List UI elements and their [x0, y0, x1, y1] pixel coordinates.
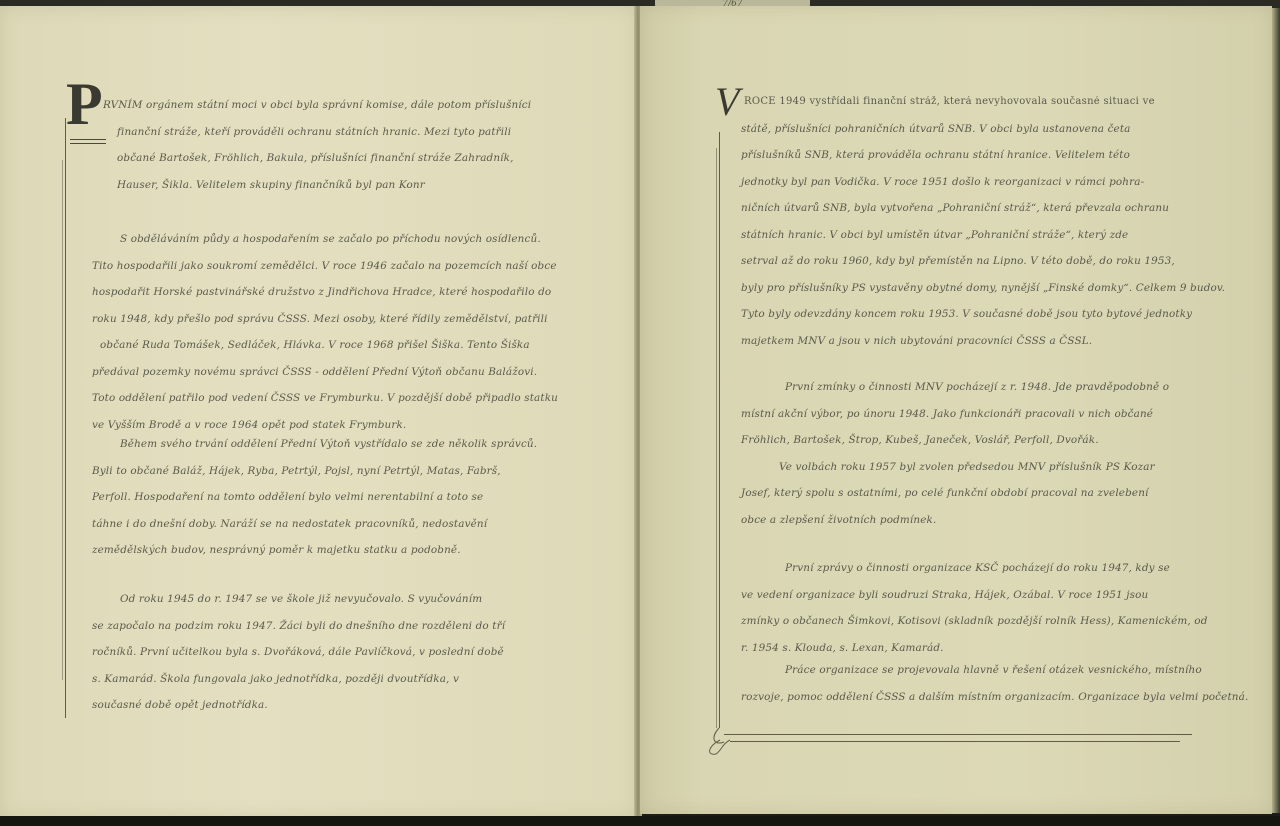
- corner-flourish-icon: [700, 720, 740, 760]
- scan-bottom-edge: [0, 816, 1280, 826]
- right-paragraph-1: ROCE 1949 vystřídali finanční stráž, kte…: [744, 89, 1224, 354]
- text-line: Od roku 1945 do r. 1947 se ve škole již …: [92, 586, 572, 613]
- text-line: Tito hospodařili jako soukromí zemědělci…: [92, 253, 572, 280]
- right-page-edge: [1272, 8, 1280, 813]
- text-line: RVNÍM orgánem státní moci v obci byla sp…: [103, 92, 573, 119]
- text-line: Josef, který spolu s ostatními, po celé …: [741, 480, 1221, 507]
- text-line: finanční stráže, kteří prováděli ochranu…: [103, 119, 573, 146]
- right-paragraph-4: Práce organizace se projevovala hlavně v…: [741, 657, 1221, 710]
- text-line: Hauser, Šikla. Velitelem skupiny finančn…: [103, 172, 573, 199]
- text-line: hospodařit Horské pastvinářské družstvo …: [92, 279, 572, 306]
- decorative-initial-v: V: [715, 82, 739, 122]
- text-line: Během svého trvání oddělení Přední Výtoň…: [92, 431, 572, 458]
- text-line: Byli to občané Baláž, Hájek, Ryba, Petrt…: [92, 458, 572, 485]
- right-margin-rule-outer: [719, 132, 720, 728]
- decorative-initial-p: P: [66, 74, 103, 134]
- text-line: současné době opět jednotřídka.: [92, 692, 572, 719]
- text-line: Toto oddělení patřilo pod vedení ČSSS ve…: [92, 385, 572, 412]
- text-line: ničních útvarů SNB, byla vytvořena „Pohr…: [741, 195, 1224, 222]
- text-line: setrval až do roku 1960, kdy byl přemíst…: [741, 248, 1224, 275]
- text-line: Tyto byly odevzdány koncem roku 1953. V …: [741, 301, 1224, 328]
- bottom-border-rule-upper: [724, 734, 1192, 735]
- left-margin-rule: [65, 118, 66, 718]
- text-line: První zprávy o činnosti organizace KSČ p…: [741, 555, 1221, 582]
- left-paragraph-1: RVNÍM orgánem státní moci v obci byla sp…: [103, 92, 573, 198]
- text-line: státě, příslušníci pohraničních útvarů S…: [741, 116, 1224, 143]
- text-line: Perfoll. Hospodaření na tomto oddělení b…: [92, 484, 572, 511]
- text-line: ve vedení organizace byli soudruzi Strak…: [741, 582, 1221, 609]
- text-line: místní akční výbor, po únoru 1948. Jako …: [741, 401, 1221, 428]
- text-line: Fröhlich, Bartošek, Štrop, Kubeš, Janeče…: [741, 427, 1221, 454]
- bottom-border-rule-lower: [730, 741, 1180, 742]
- text-line: příslušníků SNB, která prováděla ochranu…: [741, 142, 1224, 169]
- right-paragraph-3: První zprávy o činnosti organizace KSČ p…: [741, 555, 1221, 661]
- text-line: předával pozemky novému správci ČSSS - o…: [92, 359, 572, 386]
- text-line: s. Kamarád. Škola fungovala jako jednotř…: [92, 666, 572, 693]
- text-line: Ve volbách roku 1957 byl zvolen předsedo…: [741, 454, 1221, 481]
- text-line: občané Ruda Tomášek, Sedláček, Hlávka. V…: [92, 332, 572, 359]
- text-line: ročníků. První učitelkou byla s. Dvořáko…: [92, 639, 572, 666]
- text-line: První zmínky o činnosti MNV pocházejí z …: [741, 374, 1221, 401]
- text-line: táhne i do dnešní doby. Naráží se na ned…: [92, 511, 572, 538]
- left-paragraph-2: S obděláváním půdy a hospodařením se zač…: [92, 226, 572, 438]
- right-paragraph-2: První zmínky o činnosti MNV pocházejí z …: [741, 374, 1221, 533]
- text-line: roku 1948, kdy přešlo pod správu ČSSS. M…: [92, 306, 572, 333]
- text-line: jednotky byl pan Vodička. V roce 1951 do…: [741, 169, 1224, 196]
- text-line: státních hranic. V obci byl umístěn útva…: [741, 222, 1224, 249]
- text-line: Práce organizace se projevovala hlavně v…: [741, 657, 1221, 684]
- text-line: obce a zlepšení životních podmínek.: [741, 507, 1221, 534]
- text-line: zmínky o občanech Šimkovi, Kotisovi (skl…: [741, 608, 1221, 635]
- left-paragraph-4: Od roku 1945 do r. 1947 se ve škole již …: [92, 586, 572, 719]
- left-margin-rule-inner: [62, 160, 63, 680]
- text-line: občané Bartošek, Fröhlich, Bakula, přísl…: [103, 145, 573, 172]
- text-line: zemědělských budov, nesprávný poměr k ma…: [92, 537, 572, 564]
- text-line: se započalo na podzim roku 1947. Žáci by…: [92, 613, 572, 640]
- text-line: S obděláváním půdy a hospodařením se zač…: [92, 226, 572, 253]
- text-line: majetkem MNV a jsou v nich ubytováni pra…: [741, 328, 1224, 355]
- text-line: rozvoje, pomoc oddělení ČSSS a dalším mí…: [741, 684, 1221, 711]
- text-line: byly pro příslušníky PS vystavěny obytné…: [741, 275, 1224, 302]
- left-paragraph-3: Během svého trvání oddělení Přední Výtoň…: [92, 431, 572, 564]
- right-margin-rule-inner: [716, 148, 717, 728]
- text-line: ROCE 1949 vystřídali finanční stráž, kte…: [744, 89, 1224, 116]
